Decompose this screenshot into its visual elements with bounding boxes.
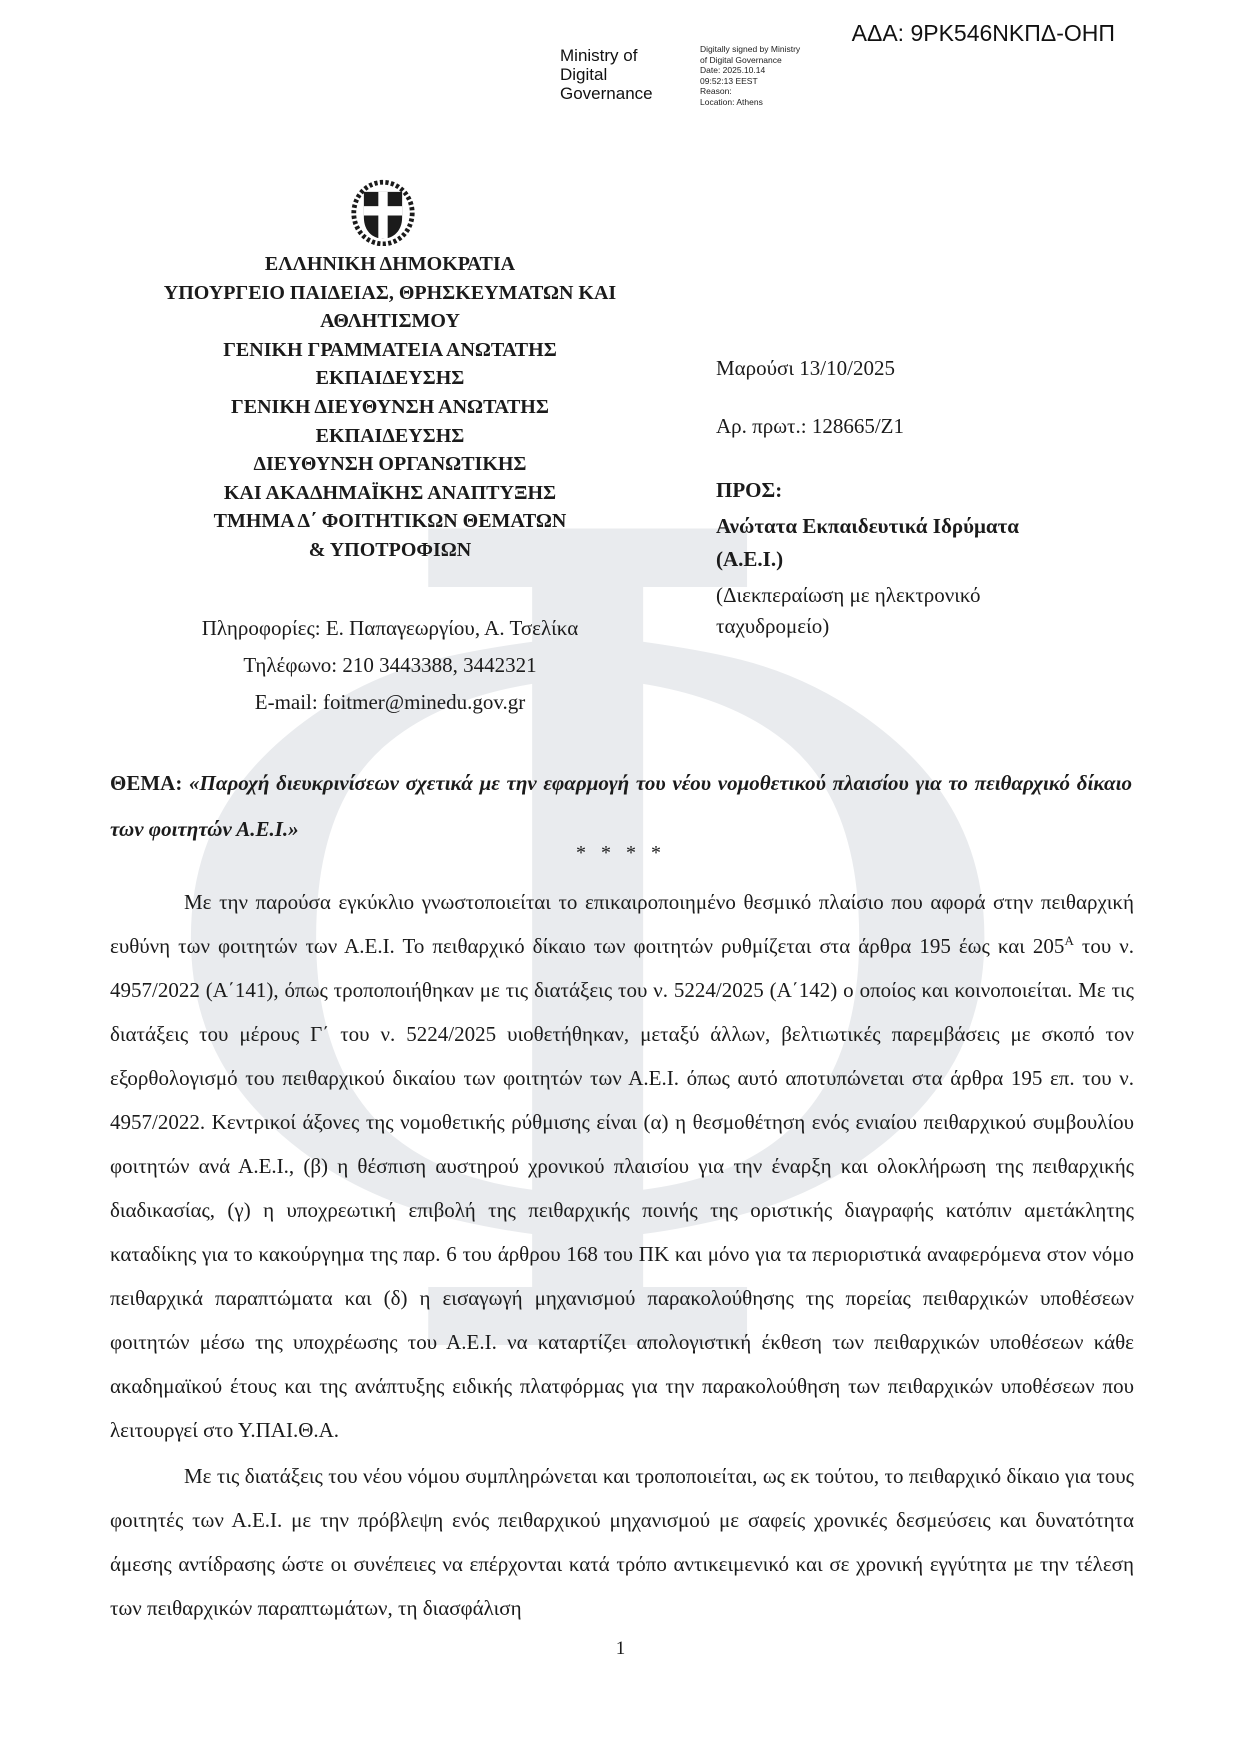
letterhead-line: ΔΙΕΥΘΥΝΣΗ ΟΡΓΑΝΩΤΙΚΗΣ bbox=[105, 450, 675, 479]
ada-code: ΑΔΑ: 9ΡΚ546ΝΚΠΔ-ΟΗΠ bbox=[700, 20, 1115, 47]
letterhead-line: & ΥΠΟΤΡΟΦΙΩΝ bbox=[105, 536, 675, 565]
letterhead-line: ΕΛΛΗΝΙΚΗ ΔΗΜΟΚΡΑΤΙΑ bbox=[105, 250, 675, 279]
paragraph-text: Με την παρούσα εγκύκλιο γνωστοποιείται τ… bbox=[110, 890, 1134, 958]
document-page: Φ ΑΔΑ: 9ΡΚ546ΝΚΠΔ-ΟΗΠ Ministry of Digita… bbox=[0, 0, 1241, 1755]
signature-name-line: Ministry of bbox=[560, 46, 653, 65]
signature-detail-line: Reason: bbox=[700, 86, 800, 97]
section-separator: * * * * bbox=[110, 842, 1132, 865]
letterhead-line: ΓΕΝΙΚΗ ΓΡΑΜΜΑΤΕΙΑ ΑΝΩΤΑΤΗΣ bbox=[105, 336, 675, 365]
digital-signature-details: Digitally signed by Ministry of Digital … bbox=[700, 44, 800, 107]
digital-signature-name: Ministry of Digital Governance bbox=[560, 46, 653, 103]
body-paragraph-2: Με τις διατάξεις του νέου νόμου συμπληρώ… bbox=[110, 1454, 1134, 1630]
page-content: ΑΔΑ: 9ΡΚ546ΝΚΠΔ-ΟΗΠ Ministry of Digital … bbox=[0, 0, 1241, 1755]
delivery-note: (Διεκπεραίωση με ηλεκτρονικό ταχυδρομείο… bbox=[716, 580, 1008, 641]
subject-text: «Παροχή διευκρινίσεων σχετικά με την εφα… bbox=[110, 771, 1132, 841]
contact-phone: Τηλέφωνο: 210 3443388, 3442321 bbox=[105, 647, 675, 684]
greek-emblem-icon bbox=[349, 178, 417, 246]
signature-name-line: Digital bbox=[560, 65, 653, 84]
contact-info: Πληροφορίες: Ε. Παπαγεωργίου, Α. Τσελίκα… bbox=[105, 610, 675, 721]
document-body: Με την παρούσα εγκύκλιο γνωστοποιείται τ… bbox=[110, 880, 1134, 1630]
letterhead-line: ΥΠΟΥΡΓΕΙΟ ΠΑΙΔΕΙΑΣ, ΘΡΗΣΚΕΥΜΑΤΩΝ ΚΑΙ bbox=[105, 279, 675, 308]
letterhead-line: ΚΑΙ ΑΚΑΔΗΜΑΪΚΗΣ ΑΝΑΠΤΥΞΗΣ bbox=[105, 479, 675, 508]
superscript-a: Α bbox=[1064, 933, 1073, 948]
contact-email: E-mail: foitmer@minedu.gov.gr bbox=[105, 684, 675, 721]
letterhead-line: ΕΚΠΑΙΔΕΥΣΗΣ bbox=[105, 364, 675, 393]
body-paragraph-1: Με την παρούσα εγκύκλιο γνωστοποιείται τ… bbox=[110, 880, 1134, 1452]
signature-detail-line: 09:52:13 EEST bbox=[700, 76, 800, 87]
to-label: ΠΡΟΣ: bbox=[716, 478, 782, 503]
letterhead-line: ΕΚΠΑΙΔΕΥΣΗΣ bbox=[105, 422, 675, 451]
ministry-letterhead: ΕΛΛΗΝΙΚΗ ΔΗΜΟΚΡΑΤΙΑ ΥΠΟΥΡΓΕΙΟ ΠΑΙΔΕΙΑΣ, … bbox=[105, 250, 675, 565]
signature-detail-line: Date: 2025.10.14 bbox=[700, 65, 800, 76]
page-number: 1 bbox=[0, 1638, 1241, 1660]
letterhead-line: ΑΘΛΗΤΙΣΜΟΥ bbox=[105, 307, 675, 336]
contact-persons: Πληροφορίες: Ε. Παπαγεωργίου, Α. Τσελίκα bbox=[105, 610, 675, 647]
signature-detail-line: of Digital Governance bbox=[700, 55, 800, 66]
letterhead-line: ΤΜΗΜΑ Δ΄ ΦΟΙΤΗΤΙΚΩΝ ΘΕΜΑΤΩΝ bbox=[105, 507, 675, 536]
signature-name-line: Governance bbox=[560, 84, 653, 103]
recipient: Ανώτατα Εκπαιδευτικά Ιδρύματα (Α.Ε.Ι.) bbox=[716, 510, 1048, 575]
subject-label: ΘΕΜΑ: bbox=[110, 771, 182, 795]
subject-line: ΘΕΜΑ: «Παροχή διευκρινίσεων σχετικά με τ… bbox=[110, 760, 1132, 852]
signature-detail-line: Location: Athens bbox=[700, 97, 800, 108]
signature-detail-line: Digitally signed by Ministry bbox=[700, 44, 800, 55]
place-date-line: Μαρούσι 13/10/2025 bbox=[716, 356, 895, 381]
letterhead-line: ΓΕΝΙΚΗ ΔΙΕΥΘΥΝΣΗ ΑΝΩΤΑΤΗΣ bbox=[105, 393, 675, 422]
protocol-number-line: Αρ. πρωτ.: 128665/Ζ1 bbox=[716, 414, 904, 439]
paragraph-text: του ν. 4957/2022 (Α΄141), όπως τροποποιή… bbox=[110, 934, 1134, 1442]
